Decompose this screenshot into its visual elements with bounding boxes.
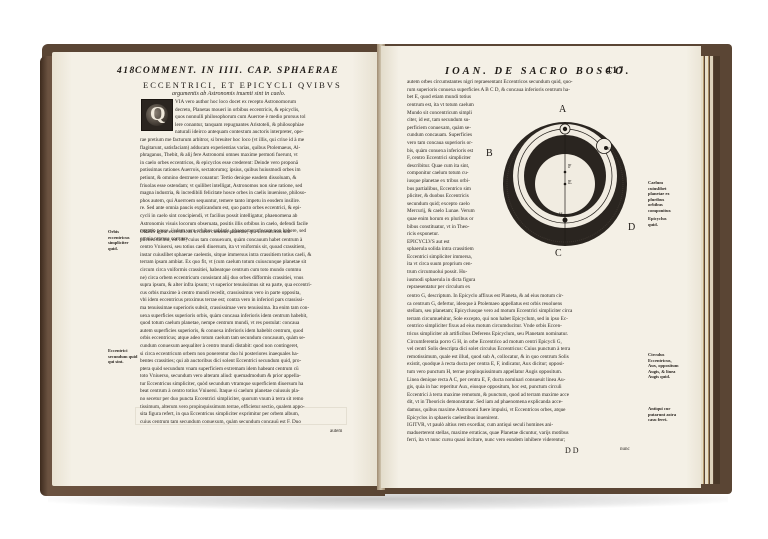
text-line: tum vero punctum H, terrae propinquissim… bbox=[407, 369, 635, 377]
text-line: bentes crassities; qui ab auctoribus dic… bbox=[140, 358, 370, 366]
signature-mark: DD bbox=[565, 446, 581, 455]
text-line: lere conantur, tanquam repugnantes Arist… bbox=[175, 122, 370, 130]
text-line: cycli in caelo sint concipiendi, vt faci… bbox=[140, 213, 370, 221]
paragraph-2: ORBIS igitur eccentricus in caelo cuiusu… bbox=[140, 229, 370, 429]
label-f: F bbox=[568, 164, 571, 170]
text-line: cundum conuexum aequaliter à centro mund… bbox=[140, 343, 370, 351]
text-line: Epicyclos in sphaeris caelestibus inueni… bbox=[407, 415, 635, 423]
text-line: describitur. Quae cum ita sint, bbox=[407, 163, 495, 171]
label-e: E bbox=[568, 180, 572, 186]
text-line: pliciter, & duobus Eccentricis bbox=[407, 193, 495, 201]
text-line: ita vt circa suum proprium cen- bbox=[407, 261, 495, 269]
eccentric-epicycle-diagram: A B C D F E H G bbox=[500, 118, 630, 248]
text-line: ne) circa orbem eccentricum consistant a… bbox=[140, 275, 370, 283]
text-line: ferri, ita vt nunc cursu quasi incitare,… bbox=[407, 437, 635, 445]
text-line: VIA vero author hoc loco docet ex recept… bbox=[175, 99, 370, 107]
text-line: uexa superficies superioris orbis, quàm … bbox=[140, 313, 370, 321]
text-line: gis, quia in hac reperitur Aux, eiusque … bbox=[407, 384, 635, 392]
text-line: Mundo sit concentricum simpli bbox=[407, 110, 495, 118]
text-line: quae enim horum ex pluribus or bbox=[407, 216, 495, 224]
orbit-diagram-icon bbox=[500, 118, 630, 248]
section-title: ECCENTRICI, ET EPICYCLI QVIBVS bbox=[143, 80, 342, 90]
margin-note: Eccentrici secundum quid qui sint. bbox=[108, 348, 138, 365]
text-line: ma tenuissimae superioris subsit, crassi… bbox=[140, 305, 370, 313]
text-line: bet E, quod etiam mundi totius bbox=[407, 94, 632, 102]
text-line: remotissimum, quale est illud, quod sub … bbox=[407, 354, 635, 362]
text-line: toto Vniuerso, secundum vero alteram ali… bbox=[140, 373, 370, 381]
text-line: pliciter dicitur, est ille, cuius tam co… bbox=[140, 237, 370, 245]
text-line: centro G, descriptum. In Epicyclo affixu… bbox=[407, 293, 635, 301]
text-line: phraganus, Thebit, & alij fere Astronomi… bbox=[140, 152, 370, 160]
text-line: vbi idem eccentricus proximus terrae est… bbox=[140, 297, 370, 305]
text-line: decreto, Planetas moueri in orbibus ecce… bbox=[175, 107, 370, 115]
text-line: secundum quid; excepto caelo bbox=[407, 201, 495, 209]
earth-icon bbox=[563, 218, 568, 223]
label-d: D bbox=[628, 222, 635, 233]
text-line: F, centro Eccentrici simpliciter bbox=[407, 155, 495, 163]
text-line: rae pretium me facturum arbitror, si bre… bbox=[140, 137, 370, 145]
text-line: re. Sed ante omnia paucis explicandum es… bbox=[140, 205, 370, 213]
left-running-head: COMMENT. IN IIII. CAP. SPHAERAE bbox=[135, 66, 339, 76]
text-line: rum superioris conuexa superficies A B C… bbox=[407, 87, 632, 95]
margin-note: Antiqui cur putarunt astra casu ferri. bbox=[648, 406, 678, 423]
text-line: centro Vniuersi, seu totius caeli diuers… bbox=[140, 244, 370, 252]
text-line: cundum concauam. Superficies bbox=[407, 132, 495, 140]
text-line: Eccentrici à terra maxime remotum, & pun… bbox=[407, 392, 635, 400]
text-line: bibus constituatur, vt in Theo- bbox=[407, 224, 495, 232]
text-line: tricus simpliciter ab artificibus Defere… bbox=[407, 331, 635, 339]
fore-edges bbox=[700, 56, 722, 484]
text-line: trum circumuolui possit. Hu- bbox=[407, 269, 495, 277]
text-line: quod totum caelum planetae, nempe centru… bbox=[140, 320, 370, 328]
text-line: ptera quòd secundum vnam superficiem ext… bbox=[140, 366, 370, 374]
right-narrow-column: centrum est, ita vt totum caelum Mundo s… bbox=[407, 102, 495, 294]
text-line: repraesentatur per circulum ex bbox=[407, 284, 495, 292]
text-line: maduerterent stellas, maxime erraticas, … bbox=[407, 430, 635, 438]
text-line: vero tam concaua superioris or- bbox=[407, 140, 495, 148]
text-line: damus, quibus maxime Astronomi fuere imp… bbox=[407, 407, 635, 415]
text-line: phos autem, qui Auerroem sequuntur, teme… bbox=[140, 198, 370, 206]
show-through-offset bbox=[135, 407, 347, 425]
margin-note: Epicyclus quid. bbox=[648, 216, 676, 227]
text-line: autem orbes circumstantes nigri repraese… bbox=[407, 79, 632, 87]
text-line: centrum est, ita vt totum caelum bbox=[407, 102, 495, 110]
text-line: in caelo orbes eccentricos, & epicyclos … bbox=[140, 160, 370, 168]
text-line: terram ipsam ambiat. Ex quo fit, vt (cum… bbox=[140, 259, 370, 267]
text-line: terram circumuehitur, Sole excepto, qui … bbox=[407, 316, 635, 324]
label-c: C bbox=[555, 248, 562, 259]
text-line: quos nonnulli philosophorum cum Auerroe … bbox=[175, 114, 370, 122]
text-line: stellam, seu planetam; Epicyclusque vero… bbox=[407, 308, 635, 316]
text-line: centrico simpliciter fixus ad eius motum… bbox=[407, 323, 635, 331]
margin-note: Caelum cuiuslibet planetae ex pluribus o… bbox=[648, 180, 678, 213]
text-line: Eccentrici simpliciter immersa, bbox=[407, 254, 495, 262]
text-line: vel centri Solis descripta dici solet ci… bbox=[407, 346, 635, 354]
text-line: instar cuiuslibet sphaerae caelestis, si… bbox=[140, 252, 370, 260]
text-line: Linea denique recta A C, per centra E, F… bbox=[407, 377, 635, 385]
text-line: Astronomis visuis locorum obseruata, pos… bbox=[140, 221, 370, 229]
text-line: dit, vt in Theoricis demonstratur. Sed i… bbox=[407, 399, 635, 407]
text-line: iusmodi sphaerula in dicta figura bbox=[407, 277, 495, 285]
label-b: B bbox=[486, 148, 493, 159]
text-line: circum circa vniformis crassitiei, habea… bbox=[140, 267, 370, 275]
text-line: Circumferentia porro G H, in orbe Eccent… bbox=[407, 339, 635, 347]
text-line: ORBIS igitur eccentricus in caelo cuiusu… bbox=[140, 229, 370, 237]
section-subtitle: argumentis ab Astronomis inuenti sint in… bbox=[172, 91, 285, 97]
right-running-head: IOAN. DE SACRO BOSCO. bbox=[445, 66, 631, 77]
text-line: si circa eccentricum orbem non ponerentu… bbox=[140, 351, 370, 359]
margin-note: Orbis eccentricus simpliciter quid. bbox=[108, 229, 138, 251]
text-line: existit, quodque à recta ducta per centr… bbox=[407, 361, 635, 369]
text-line: supra ipsum, & alter infra ipsum; vt sup… bbox=[140, 282, 370, 290]
drop-cap-initial: Q bbox=[141, 99, 173, 131]
text-line: potissimas rationes Auerrois, sectatorum… bbox=[140, 167, 370, 175]
text-line: no secetur per duo puncta Eccentrici sim… bbox=[140, 396, 370, 404]
text-line: autem superficies superioris, & conuexa … bbox=[140, 328, 370, 336]
text-line: perficiem conuexam, quàm se- bbox=[407, 125, 495, 133]
text-line: sphaerula solida intra crassitiem bbox=[407, 246, 495, 254]
left-page-number: 418 bbox=[117, 66, 136, 76]
text-line: componitur caelum totum cu- bbox=[407, 170, 495, 178]
text-line: cus orbis maxime à centro mundi recedit,… bbox=[140, 290, 370, 298]
text-line: tur Eccentricus simpliciter, quòd secund… bbox=[140, 381, 370, 389]
right-top-lines: autem orbes circumstantes nigri repraese… bbox=[407, 79, 632, 103]
paragraph-1-indented: VIA vero author hoc loco docet ex recept… bbox=[175, 99, 370, 137]
drop-cap-letter: Q bbox=[150, 103, 166, 126]
label-g: G bbox=[608, 146, 611, 151]
text-line: ca centrum G, defertur, ideoque à Ptolem… bbox=[407, 301, 635, 309]
text-line: orbis eccentricus; atque adeo totum cael… bbox=[140, 335, 370, 343]
text-line: EPICYCLVS aut est bbox=[407, 239, 495, 247]
right-page-number: 417 bbox=[606, 66, 625, 76]
label-h: H bbox=[559, 213, 563, 218]
text-line: flagitarunt, satisfaciam) adducam experi… bbox=[140, 145, 370, 153]
text-line: beat centrum à centro totius Vniuersi. I… bbox=[140, 388, 370, 396]
label-a: A bbox=[559, 104, 566, 115]
text-line: ricis exponetur. bbox=[407, 231, 495, 239]
left-catchword: autem bbox=[330, 429, 342, 434]
right-catchword: nunc bbox=[620, 447, 630, 452]
text-line: bus partialibus, Eccentrico sim bbox=[407, 186, 495, 194]
text-line: friuolas esse ostendam; vt quilibet inte… bbox=[140, 183, 370, 191]
text-line: naturali ideirco antequam contextum auct… bbox=[175, 129, 370, 137]
sun-icon bbox=[560, 124, 570, 134]
text-line: magna industria, & incredibili felicitat… bbox=[140, 190, 370, 198]
text-line: iusque planetae ex tribus orbi- bbox=[407, 178, 495, 186]
text-line: IGITVR, vt paulò altius rem exordiar, cu… bbox=[407, 422, 635, 430]
right-full-width-text: centro G, descriptum. In Epicyclo affixu… bbox=[407, 293, 635, 445]
text-line: Mercurij, & caelo Lunae. Verum bbox=[407, 208, 495, 216]
margin-note: Circulus Eccentricus, Aux, oppositum Aug… bbox=[648, 352, 680, 380]
text-line: petiunt, & omnino destruere conantur: Te… bbox=[140, 175, 370, 183]
text-line: citer, id est, tam secundum su- bbox=[407, 117, 495, 125]
text-line: bis, quàm conuexa inferioris est bbox=[407, 148, 495, 156]
